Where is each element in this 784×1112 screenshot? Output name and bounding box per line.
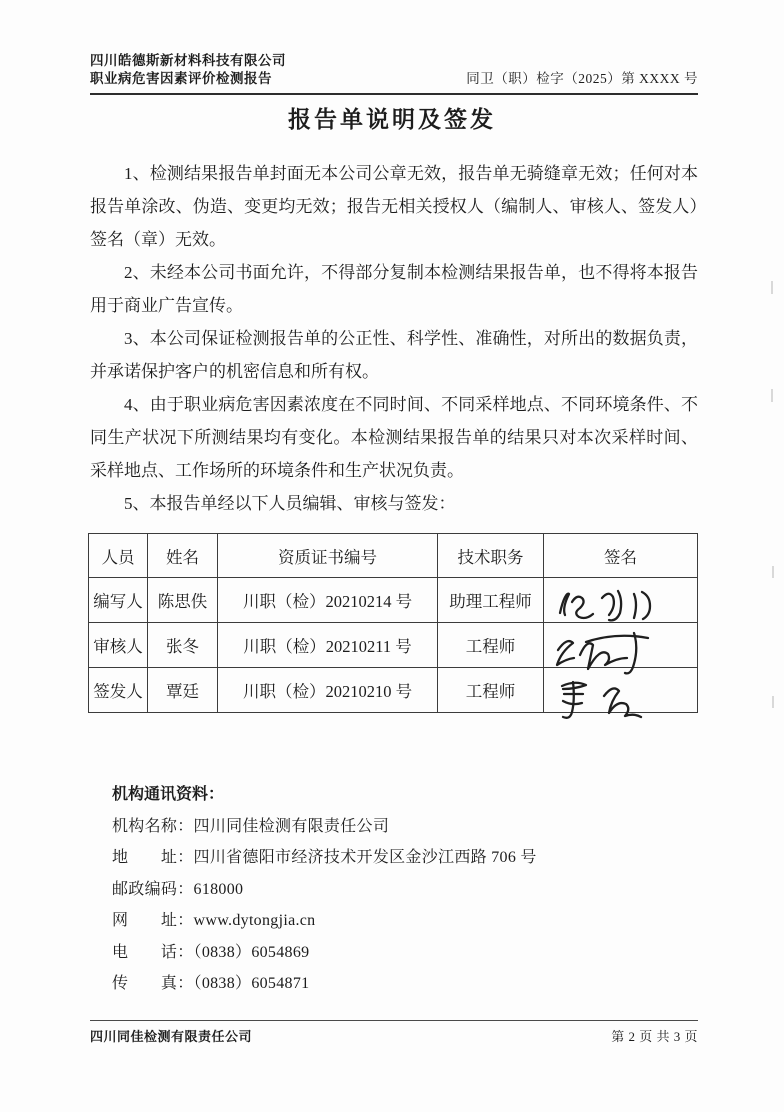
cell-name: 张冬 (148, 623, 218, 668)
contact-heading: 机构通讯资料： (112, 779, 672, 811)
contact-value: www.dytongjia.cn (194, 912, 316, 929)
contact-value: 四川同佳检测有限责任公司 (194, 818, 390, 835)
table-header-row: 人员 姓名 资质证书编号 技术职务 签名 (89, 534, 698, 578)
handwritten-signature-2 (550, 625, 690, 669)
contact-phone: 电 话：（0838）6054869 (112, 937, 672, 969)
statement-list: 1、检测结果报告单封面无本公司公章无效，报告单无骑缝章无效；任何对本报告单涂改、… (90, 157, 698, 520)
cell-signature-writer (544, 578, 698, 623)
cell-position: 助理工程师 (438, 578, 544, 623)
cell-role: 编写人 (89, 578, 148, 623)
page-title: 报告单说明及签发 (0, 101, 784, 134)
contact-fax: 传 真：（0838）6054871 (112, 968, 672, 1000)
contact-label: 传 真： (112, 975, 194, 992)
scan-artifact (771, 389, 773, 402)
header-company-name: 四川皓德斯新材料科技有限公司 (90, 52, 286, 70)
header-report-number: 同卫（职）检字（2025）第 XXXX 号 (466, 70, 698, 88)
cell-name: 覃廷 (148, 668, 218, 713)
col-header-name: 姓名 (148, 534, 218, 578)
cell-role: 签发人 (89, 668, 148, 713)
contact-label: 网 址： (112, 912, 194, 929)
cell-position: 工程师 (438, 623, 544, 668)
contact-value: （0838）6054869 (194, 944, 310, 961)
contact-address: 地 址：四川省德阳市经济技术开发区金沙江西路 706 号 (112, 842, 672, 874)
report-page: 四川皓德斯新材料科技有限公司 职业病危害因素评价检测报告 同卫（职）检字（202… (0, 0, 784, 1112)
scan-artifact (771, 281, 773, 294)
contact-label: 邮政编码： (112, 881, 194, 898)
table-row: 审核人 张冬 川职（检）20210211 号 工程师 (89, 623, 698, 668)
contact-section: 机构通讯资料： 机构名称：四川同佳检测有限责任公司 地 址：四川省德阳市经济技术… (112, 779, 672, 1000)
page-footer: 四川同佳检测有限责任公司 第 2 页 共 3 页 (90, 1020, 698, 1045)
contact-label: 地 址： (112, 849, 194, 866)
contact-website: 网 址：www.dytongjia.cn (112, 905, 672, 937)
signer-table: 人员 姓名 资质证书编号 技术职务 签名 编写人 陈思佚 川职（检）202102… (88, 533, 698, 713)
contact-value: （0838）6054871 (194, 975, 310, 992)
col-header-signature: 签名 (544, 534, 698, 578)
contact-org-name: 机构名称：四川同佳检测有限责任公司 (112, 811, 672, 843)
contact-value: 618000 (194, 881, 244, 898)
contact-postcode: 邮政编码：618000 (112, 874, 672, 906)
cell-role: 审核人 (89, 623, 148, 668)
cell-signature-reviewer (544, 623, 698, 668)
cell-certificate: 川职（检）20210214 号 (218, 578, 438, 623)
cell-position: 工程师 (438, 668, 544, 713)
cell-signature-issuer (544, 668, 698, 713)
table-row: 签发人 覃廷 川职（检）20210210 号 工程师 (89, 668, 698, 713)
cell-certificate: 川职（检）20210211 号 (218, 623, 438, 668)
scan-artifact (772, 696, 774, 708)
cell-name: 陈思佚 (148, 578, 218, 623)
statement-4: 4、由于职业病危害因素浓度在不同时间、不同采样地点、不同环境条件、不同生产状况下… (90, 388, 698, 487)
header-company-block: 四川皓德斯新材料科技有限公司 职业病危害因素评价检测报告 (90, 52, 286, 88)
col-header-certificate: 资质证书编号 (218, 534, 438, 578)
statement-3: 3、本公司保证检测报告单的公正性、科学性、准确性，对所出的数据负责，并承诺保护客… (90, 322, 698, 388)
page-header: 四川皓德斯新材料科技有限公司 职业病危害因素评价检测报告 同卫（职）检字（202… (90, 52, 698, 95)
col-header-position: 技术职务 (438, 534, 544, 578)
contact-value: 四川省德阳市经济技术开发区金沙江西路 706 号 (194, 849, 537, 866)
header-report-type: 职业病危害因素评价检测报告 (90, 70, 286, 88)
statement-5: 5、本报告单经以下人员编辑、审核与签发： (90, 487, 698, 520)
col-header-role: 人员 (89, 534, 148, 578)
handwritten-signature-1 (550, 580, 690, 624)
footer-page-number: 第 2 页 共 3 页 (611, 1026, 698, 1045)
cell-certificate: 川职（检）20210210 号 (218, 668, 438, 713)
footer-company: 四川同佳检测有限责任公司 (90, 1026, 252, 1045)
scan-artifact (772, 566, 774, 578)
statement-2: 2、未经本公司书面允许，不得部分复制本检测结果报告单，也不得将本报告用于商业广告… (90, 256, 698, 322)
contact-label: 机构名称： (112, 818, 194, 835)
statement-1: 1、检测结果报告单封面无本公司公章无效，报告单无骑缝章无效；任何对本报告单涂改、… (90, 157, 698, 256)
handwritten-signature-3 (550, 670, 690, 714)
table-row: 编写人 陈思佚 川职（检）20210214 号 助理工程师 (89, 578, 698, 623)
contact-label: 电 话： (112, 944, 194, 961)
